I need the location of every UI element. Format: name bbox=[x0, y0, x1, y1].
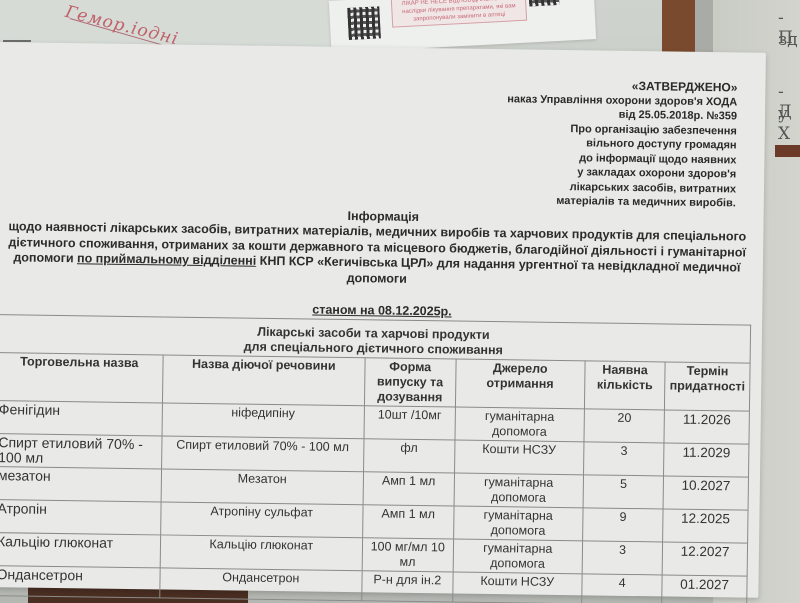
cell-form: 10шт /10мг bbox=[364, 406, 455, 440]
medicines-table: Лікарські засоби та харчові продукти для… bbox=[0, 314, 751, 603]
cell-trade-name: Фенігідин bbox=[0, 401, 162, 436]
approval-block: «ЗАТВЕРДЖЕНО» наказ Управління охорони з… bbox=[456, 77, 738, 211]
cell-quantity: 4 bbox=[582, 574, 663, 603]
cell-form: Амп 1 мл bbox=[363, 505, 454, 539]
header-form: Форма випуску та дозування bbox=[365, 358, 456, 407]
cell-form: Р-н для ін.2 bbox=[362, 571, 453, 602]
header-expiry: Термін придатності bbox=[665, 362, 750, 411]
cell-quantity: 9 bbox=[583, 508, 664, 542]
department-name: по приймальному відділенні bbox=[77, 251, 256, 268]
cell-source: гуманітарна допомога bbox=[454, 473, 584, 508]
cell-expiry: 11.2026 bbox=[664, 410, 749, 444]
cell-quantity: 3 bbox=[582, 541, 663, 575]
cell-substance: ніфедипіну bbox=[162, 403, 365, 439]
cell-expiry: 01.2027 bbox=[662, 575, 747, 603]
cell-trade-name: Атропін bbox=[0, 500, 161, 535]
cell-source: гуманітарна допомога bbox=[453, 506, 583, 541]
cell-form: фл bbox=[364, 439, 455, 473]
cell-expiry: 12.2027 bbox=[662, 542, 747, 576]
cell-trade-name: мезатон bbox=[0, 467, 161, 502]
header-trade-name: Торговельна назва bbox=[0, 353, 163, 403]
adjacent-poster-text: у Х bbox=[778, 104, 800, 144]
header-source: Джерело отримання bbox=[455, 359, 585, 409]
cell-source: гуманітарна допомога bbox=[454, 407, 584, 442]
cell-source: Кошти НСЗУ bbox=[452, 572, 582, 603]
cell-substance: Спирт етиловий 70% - 100 мл bbox=[161, 436, 364, 472]
cell-source: гуманітарна допомога bbox=[453, 539, 583, 574]
cell-trade-name: Спирт етиловий 70% - 100 мл bbox=[0, 434, 162, 469]
cell-expiry: 10.2027 bbox=[663, 476, 748, 510]
cell-expiry: 11.2029 bbox=[664, 443, 749, 477]
cell-quantity: 20 bbox=[584, 409, 665, 443]
cell-trade-name: Кальцію глюконат bbox=[0, 533, 160, 568]
cell-form: 100 мг/мл 10 мл bbox=[362, 538, 453, 572]
cell-substance: Кальцію глюконат bbox=[160, 535, 363, 571]
document-title: Інформація bbox=[348, 209, 420, 224]
cell-form: Амп 1 мл bbox=[363, 472, 454, 506]
cell-trade-name: Ондансетрон bbox=[0, 566, 160, 598]
cell-quantity: 5 bbox=[583, 475, 664, 509]
document-description: щодо наявності лікарських засобів, витра… bbox=[7, 219, 748, 291]
document-sheet: «ЗАТВЕРДЖЕНО» наказ Управління охорони з… bbox=[0, 42, 766, 598]
cell-substance: Ондансетрон bbox=[159, 568, 362, 601]
cell-source: Кошти НСЗУ bbox=[454, 440, 584, 475]
cell-substance: Мезатон bbox=[161, 469, 364, 505]
as-of-date: станом на 08.12.2025р. bbox=[312, 303, 452, 319]
header-quantity: Наявна кількість bbox=[584, 361, 665, 410]
qr-code-icon bbox=[347, 6, 381, 40]
adjacent-poster-text: зд bbox=[778, 30, 798, 50]
approval-line: матеріалів та медичних виробів. bbox=[456, 193, 736, 211]
cell-expiry: 12.2025 bbox=[663, 509, 748, 543]
cell-substance: Атропіну сульфат bbox=[160, 502, 363, 538]
header-substance: Назва діючої речовини bbox=[162, 355, 365, 406]
qr-code-icon bbox=[529, 0, 560, 6]
notice-warning-text: ЛІКАР НЕ НЕСЕ ВІДПОВІДАЛЬНОСТІ за наслід… bbox=[391, 0, 527, 28]
tape-strip bbox=[775, 145, 800, 157]
cell-quantity: 3 bbox=[584, 442, 665, 476]
